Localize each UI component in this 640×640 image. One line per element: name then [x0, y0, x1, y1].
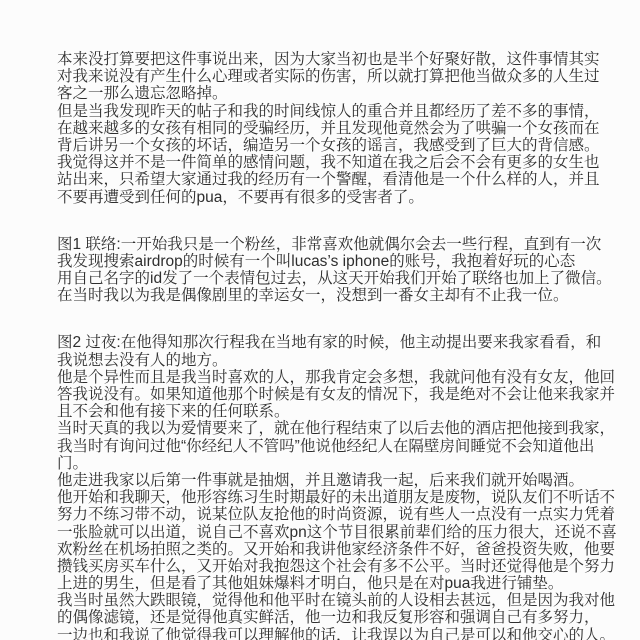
text-line: 我发现搜索airdrop的时候有一个叫lucas’s iphone的账号，我抱着…: [57, 253, 597, 270]
text-line: 一边也和我说了他觉得我可以理解他的话，让我误以为自己是可以和他交心的人。: [57, 627, 597, 640]
text-line: 门。: [57, 455, 597, 472]
text-line: 他开始和我聊天，他形容练习生时期最好的未出道朋友是废物，说队友们不听话不: [57, 489, 597, 506]
text-line: 客之一那么遗忘忽略掉。: [57, 85, 597, 102]
text-line: 站出来，只希望大家通过我的经历有一个警醒，看清他是一个什么样的人，并且: [57, 171, 597, 188]
paragraph-figure2-overnight: 图2 过夜:在他得知那次行程我在当地有家的时候，他主动提出要来我家看看，和我说想…: [57, 334, 597, 640]
text-line: 他是个异性而且是我当时喜欢的人，那我肯定会多想，我就问他有没有女友，他回: [57, 369, 597, 386]
text-line: 但是当我发现昨天的帖子和我的时间线惊人的重合并且都经历了差不多的事情，: [57, 103, 597, 120]
text-line: 用自己名字的id发了一个表情包过去，从这天开始我们开始了联络也加上了微信。: [57, 270, 597, 287]
text-line: 在越来越多的女孩有相同的受骗经历，并且发现他竟然会为了哄骗一个女孩而在: [57, 120, 597, 137]
screenshot-page: 本来没打算要把这件事说出来，因为大家当初也是半个好聚好散，这件事情其实对我来说没…: [0, 0, 640, 640]
text-line: 背后讲另一个女孩的坏话，编造另一个女孩的谣言，我感受到了巨大的背信感。: [57, 137, 597, 154]
article-text: 本来没打算要把这件事说出来，因为大家当初也是半个好聚好散，这件事情其实对我来说没…: [57, 51, 597, 640]
text-line: 我说想去没有人的地方。: [57, 352, 597, 369]
text-line: 我觉得这并不是一件简单的感情问题，我不知道在我之后会不会有更多的女生也: [57, 154, 597, 171]
text-line: 当时天真的我以为爱情要来了，就在他行程结束了以后去他的酒店把他接到我家，: [57, 420, 597, 437]
text-line: 上进的男生，但是看了其他姐妹爆料才明白，他只是在对pua我进行铺垫。: [57, 575, 597, 592]
text-line: 我当时虽然大跌眼镜，觉得他和他平时在镜头前的人设相去甚远，但是因为我对他: [57, 592, 597, 609]
text-line: 的偶像滤镜，还是觉得他真实鲜活，他一边和我反复形容和强调自己有多努力，: [57, 609, 597, 626]
text-line: 不要再遭受到任何的pua，不要再有很多的受害者了。: [57, 189, 597, 206]
paragraph-intro: 本来没打算要把这件事说出来，因为大家当初也是半个好聚好散，这件事情其实对我来说没…: [57, 51, 597, 206]
text-line: 在当时我以为我是偶像剧里的幸运女一，没想到一番女主却有不止我一位。: [57, 287, 597, 304]
text-line: 图1 联络:一开始我只是一个粉丝，非常喜欢他就偶尔会去一些行程，直到有一次: [57, 236, 597, 253]
text-line: 且不会和他有接下来的任何联系。: [57, 403, 597, 420]
paragraph-figure1-contact: 图1 联络:一开始我只是一个粉丝，非常喜欢他就偶尔会去一些行程，直到有一次我发现…: [57, 236, 597, 305]
text-line: 他走进我家以后第一件事就是抽烟，并且邀请我一起，后来我们就开始喝酒。: [57, 472, 597, 489]
text-line: 欢粉丝在机场拍照之类的。又开始和我讲他家经济条件不好，爸爸投资失败，他要: [57, 541, 597, 558]
text-line: 攒钱买房买车什么，又开始对我抱怨这个社会有多不公平。当时还觉得他是个努力: [57, 558, 597, 575]
text-line: 对我来说没有产生什么心理或者实际的伤害，所以就打算把他当做众多的人生过: [57, 68, 597, 85]
text-line: 答我说没有。如果知道他那个时候是有女友的情况下，我是绝对不会让他来我家并: [57, 386, 597, 403]
text-line: 一张脸就可以出道，说自己不喜欢pn这个节目很累前辈们给的压力很大，还说不喜: [57, 524, 597, 541]
text-line: 图2 过夜:在他得知那次行程我在当地有家的时候，他主动提出要来我家看看，和: [57, 334, 597, 351]
text-line: 本来没打算要把这件事说出来，因为大家当初也是半个好聚好散，这件事情其实: [57, 51, 597, 68]
text-line: 我当时有询问过他“你经纪人不管吗”他说他经纪人在隔壁房间睡觉不会知道他出: [57, 438, 597, 455]
text-line: 努力不练习带不动，说某位队友抢他的时尚资源，说有些人一点没有一点实力凭着: [57, 506, 597, 523]
